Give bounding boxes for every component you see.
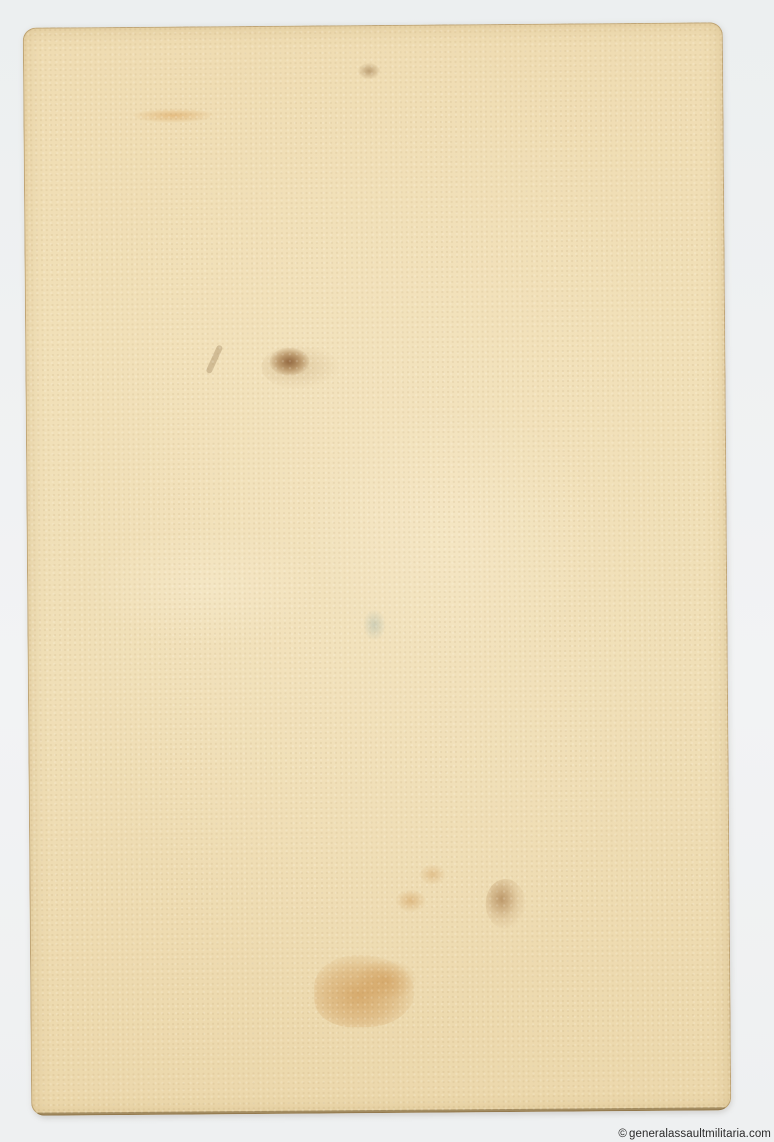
cabinet-card-back [23, 22, 732, 1115]
watermark-text: generalassaultmilitaria.com [629, 1128, 771, 1140]
foxing-flecks [485, 879, 525, 929]
foxing-spot [358, 63, 380, 79]
light-patch [87, 525, 328, 647]
dark-foxing-spot [269, 348, 309, 376]
large-water-stain [356, 960, 416, 1000]
water-stain [419, 864, 445, 884]
light-patch [306, 403, 608, 665]
foxing-halo [261, 343, 341, 390]
water-stain [396, 890, 426, 912]
scratch-mark [205, 344, 223, 374]
photo-scene: ©generalassaultmilitaria.com [0, 0, 774, 1142]
blue-tint-mark [363, 610, 385, 640]
copyright-symbol: © [618, 1128, 627, 1140]
foxing-stain [133, 108, 213, 123]
copyright-watermark: ©generalassaultmilitaria.com [618, 1127, 771, 1141]
large-water-stain [314, 955, 415, 1028]
